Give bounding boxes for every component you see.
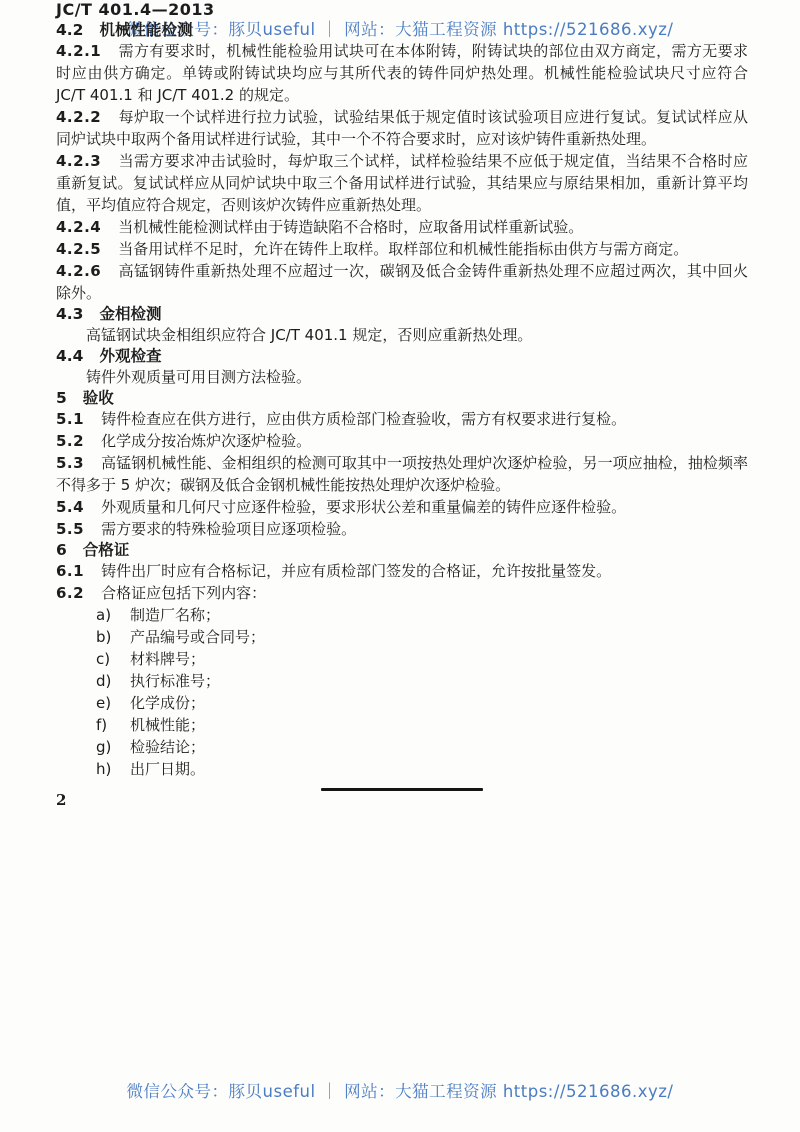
clause-6-1: 6.1铸件出厂时应有合格标记，并应有质检部门签发的合格证，允许按批量签发。 [56, 560, 748, 582]
clause-5-1: 5.1铸件检查应在供方进行，应由供方质检部门检查验收，需方有权要求进行复检。 [56, 408, 748, 430]
section-4-3: 4.3金相检测 [56, 304, 748, 324]
list-item-a: a)制造厂名称； [56, 604, 748, 626]
clause-4-2-5: 4.2.5当备用试样不足时，允许在铸件上取样。取样部位和机械性能指标由供方与需方… [56, 238, 748, 260]
clause-5-3: 5.3高锰钢机械性能、金相组织的检测可取其中一项按热处理炉次逐炉检验，另一项应抽… [56, 452, 748, 496]
clause-4-2-4: 4.2.4当机械性能检测试样由于铸造缺陷不合格时，应取备用试样重新试验。 [56, 216, 748, 238]
section-4-2: 4.2机械性能检测 [56, 20, 748, 40]
clause-4-2-2: 4.2.2每炉取一个试样进行拉力试验，试验结果低于规定值时该试验项目应进行复试。… [56, 106, 748, 150]
list-item-h: h)出厂日期。 [56, 758, 748, 780]
sections-container: 4.2机械性能检测4.2.1需方有要求时，机械性能检验用试块可在本体附铸，附铸试… [56, 20, 748, 780]
list-item-d: d)执行标准号； [56, 670, 748, 692]
page-number: 2 [56, 791, 748, 809]
list-item-b: b)产品编号或合同号； [56, 626, 748, 648]
clause-5-5: 5.5需方要求的特殊检验项目应逐项检验。 [56, 518, 748, 540]
clause-5-4: 5.4外观质量和几何尺寸应逐件检验，要求形状公差和重量偏差的铸件应逐件检验。 [56, 496, 748, 518]
clause-4-2-1: 4.2.1需方有要求时，机械性能检验用试块可在本体附铸，附铸试块的部位由双方商定… [56, 40, 748, 106]
clause-4-2-3: 4.2.3当需方要求冲击试验时，每炉取三个试样，试样检验结果不应低于规定值，当结… [56, 150, 748, 216]
list-item-g: g)检验结论； [56, 736, 748, 758]
paragraph: 铸件外观质量可用目测方法检验。 [56, 366, 748, 388]
clause-4-2-6: 4.2.6高锰钢铸件重新热处理不应超过一次，碳钢及低合金铸件重新热处理不应超过两… [56, 260, 748, 304]
standard-code: JC/T 401.4—2013 [56, 0, 748, 20]
document-page: 微信公众号：豚贝useful ｜ 网站：大猫工程资源 https://52168… [0, 0, 800, 1132]
section-5: 5验收 [56, 388, 748, 408]
clause-6-2: 6.2合格证应包括下列内容： [56, 582, 748, 604]
clause-5-2: 5.2化学成分按冶炼炉次逐炉检验。 [56, 430, 748, 452]
section-4-4: 4.4外观检查 [56, 346, 748, 366]
list-item-c: c)材料牌号； [56, 648, 748, 670]
list-item-e: e)化学成份； [56, 692, 748, 714]
watermark-bottom: 微信公众号：豚贝useful ｜ 网站：大猫工程资源 https://52168… [0, 1082, 800, 1102]
document-content: JC/T 401.4—2013 4.2机械性能检测4.2.1需方有要求时，机械性… [0, 0, 800, 809]
section-6: 6合格证 [56, 540, 748, 560]
paragraph: 高锰钢试块金相组织应符合 JC/T 401.1 规定，否则应重新热处理。 [56, 324, 748, 346]
list-item-f: f)机械性能； [56, 714, 748, 736]
